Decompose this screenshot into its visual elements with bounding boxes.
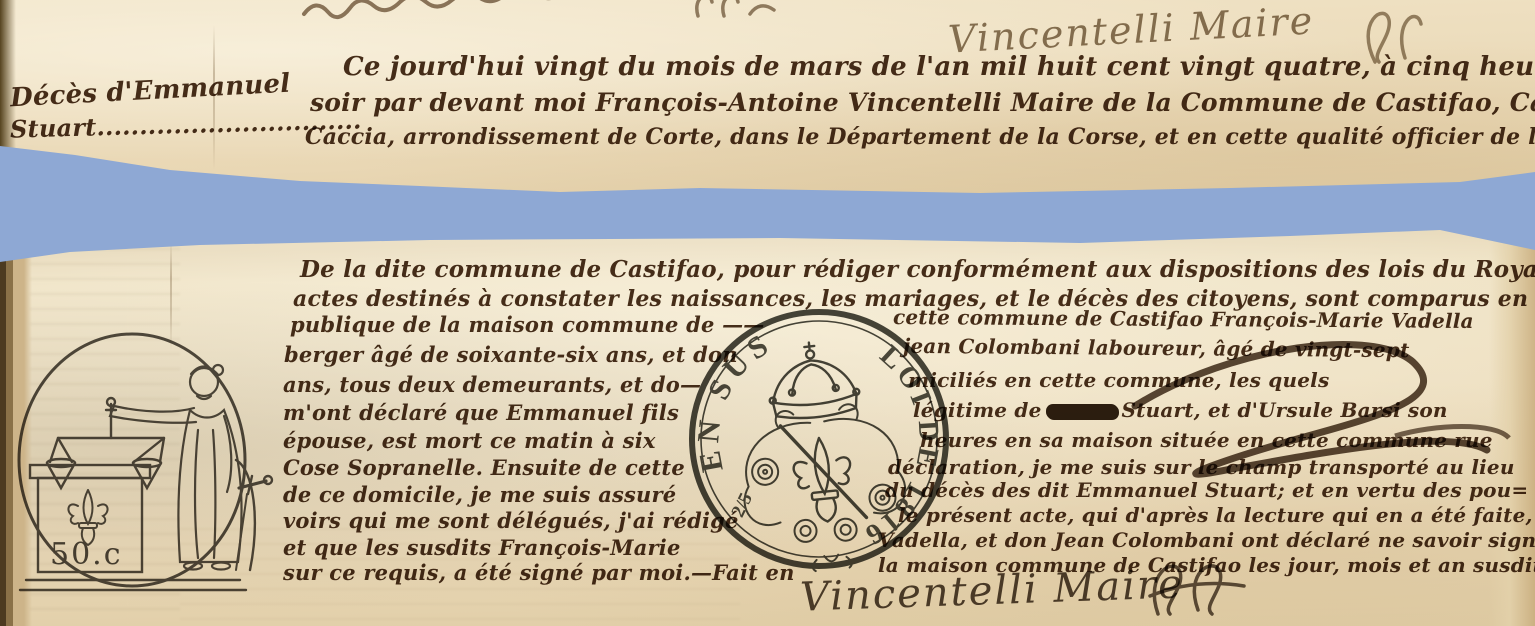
stamp-value-text: 50.c: [50, 537, 123, 572]
document-photo: Vincentelli Maire Décès d'Emmanuel Stuar…: [0, 0, 1535, 626]
act-line: Ce jourd'hui vingt du mois de mars de l'…: [343, 52, 1535, 82]
act-line: Caccia, arrondissement de Corte, dans le…: [305, 124, 1535, 150]
act-line-left: épouse, est mort ce matin à six: [283, 428, 656, 453]
signature-paraph-flourish: [1140, 556, 1250, 626]
act-line-left: ans, tous deux demeurants, et do—: [283, 372, 701, 397]
fleur-de-lis-icon: [780, 418, 866, 525]
act-line-right: le présent acte, qui d'après la lecture …: [898, 503, 1533, 527]
act-line-left: voirs qui me sont délégués, j'ai rédigé: [283, 508, 739, 533]
crown-icon: [764, 338, 861, 422]
ink-stamp-loi-1816: 2/5 EN SUS LOI DE 1816.: [671, 291, 968, 588]
act-line-left: de ce domicile, je me suis assuré: [283, 482, 676, 507]
paper-fragment-top: Vincentelli Maire Décès d'Emmanuel Stuar…: [0, 0, 1535, 205]
paper-fragment-bottom: De la dite commune de Castifao, pour réd…: [0, 228, 1535, 626]
act-line: soir par devant moi François-Antoine Vin…: [310, 88, 1535, 117]
act-line-left: m'ont déclaré que Emmanuel fils: [283, 400, 679, 425]
truncated-handwriting-fragment: [690, 0, 780, 18]
paraph-flourish: [1095, 316, 1535, 496]
act-line-left: berger âgé de soixante-six ans, et don: [284, 342, 738, 367]
act-line-left: et que les susdits François-Marie: [283, 535, 681, 560]
act-line-right: Vadella, et don Jean Colombani ont décla…: [878, 528, 1535, 552]
revenue-stamp-engraving: 50.c: [8, 318, 266, 610]
stamp-fraction-text: 2/5: [728, 490, 758, 521]
margin-note-line1: Décès d'Emmanuel: [9, 69, 291, 114]
act-line-left: Cose Sopranelle. Ensuite de cette: [283, 455, 685, 480]
act-line: De la dite commune de Castifao, pour réd…: [300, 256, 1535, 283]
